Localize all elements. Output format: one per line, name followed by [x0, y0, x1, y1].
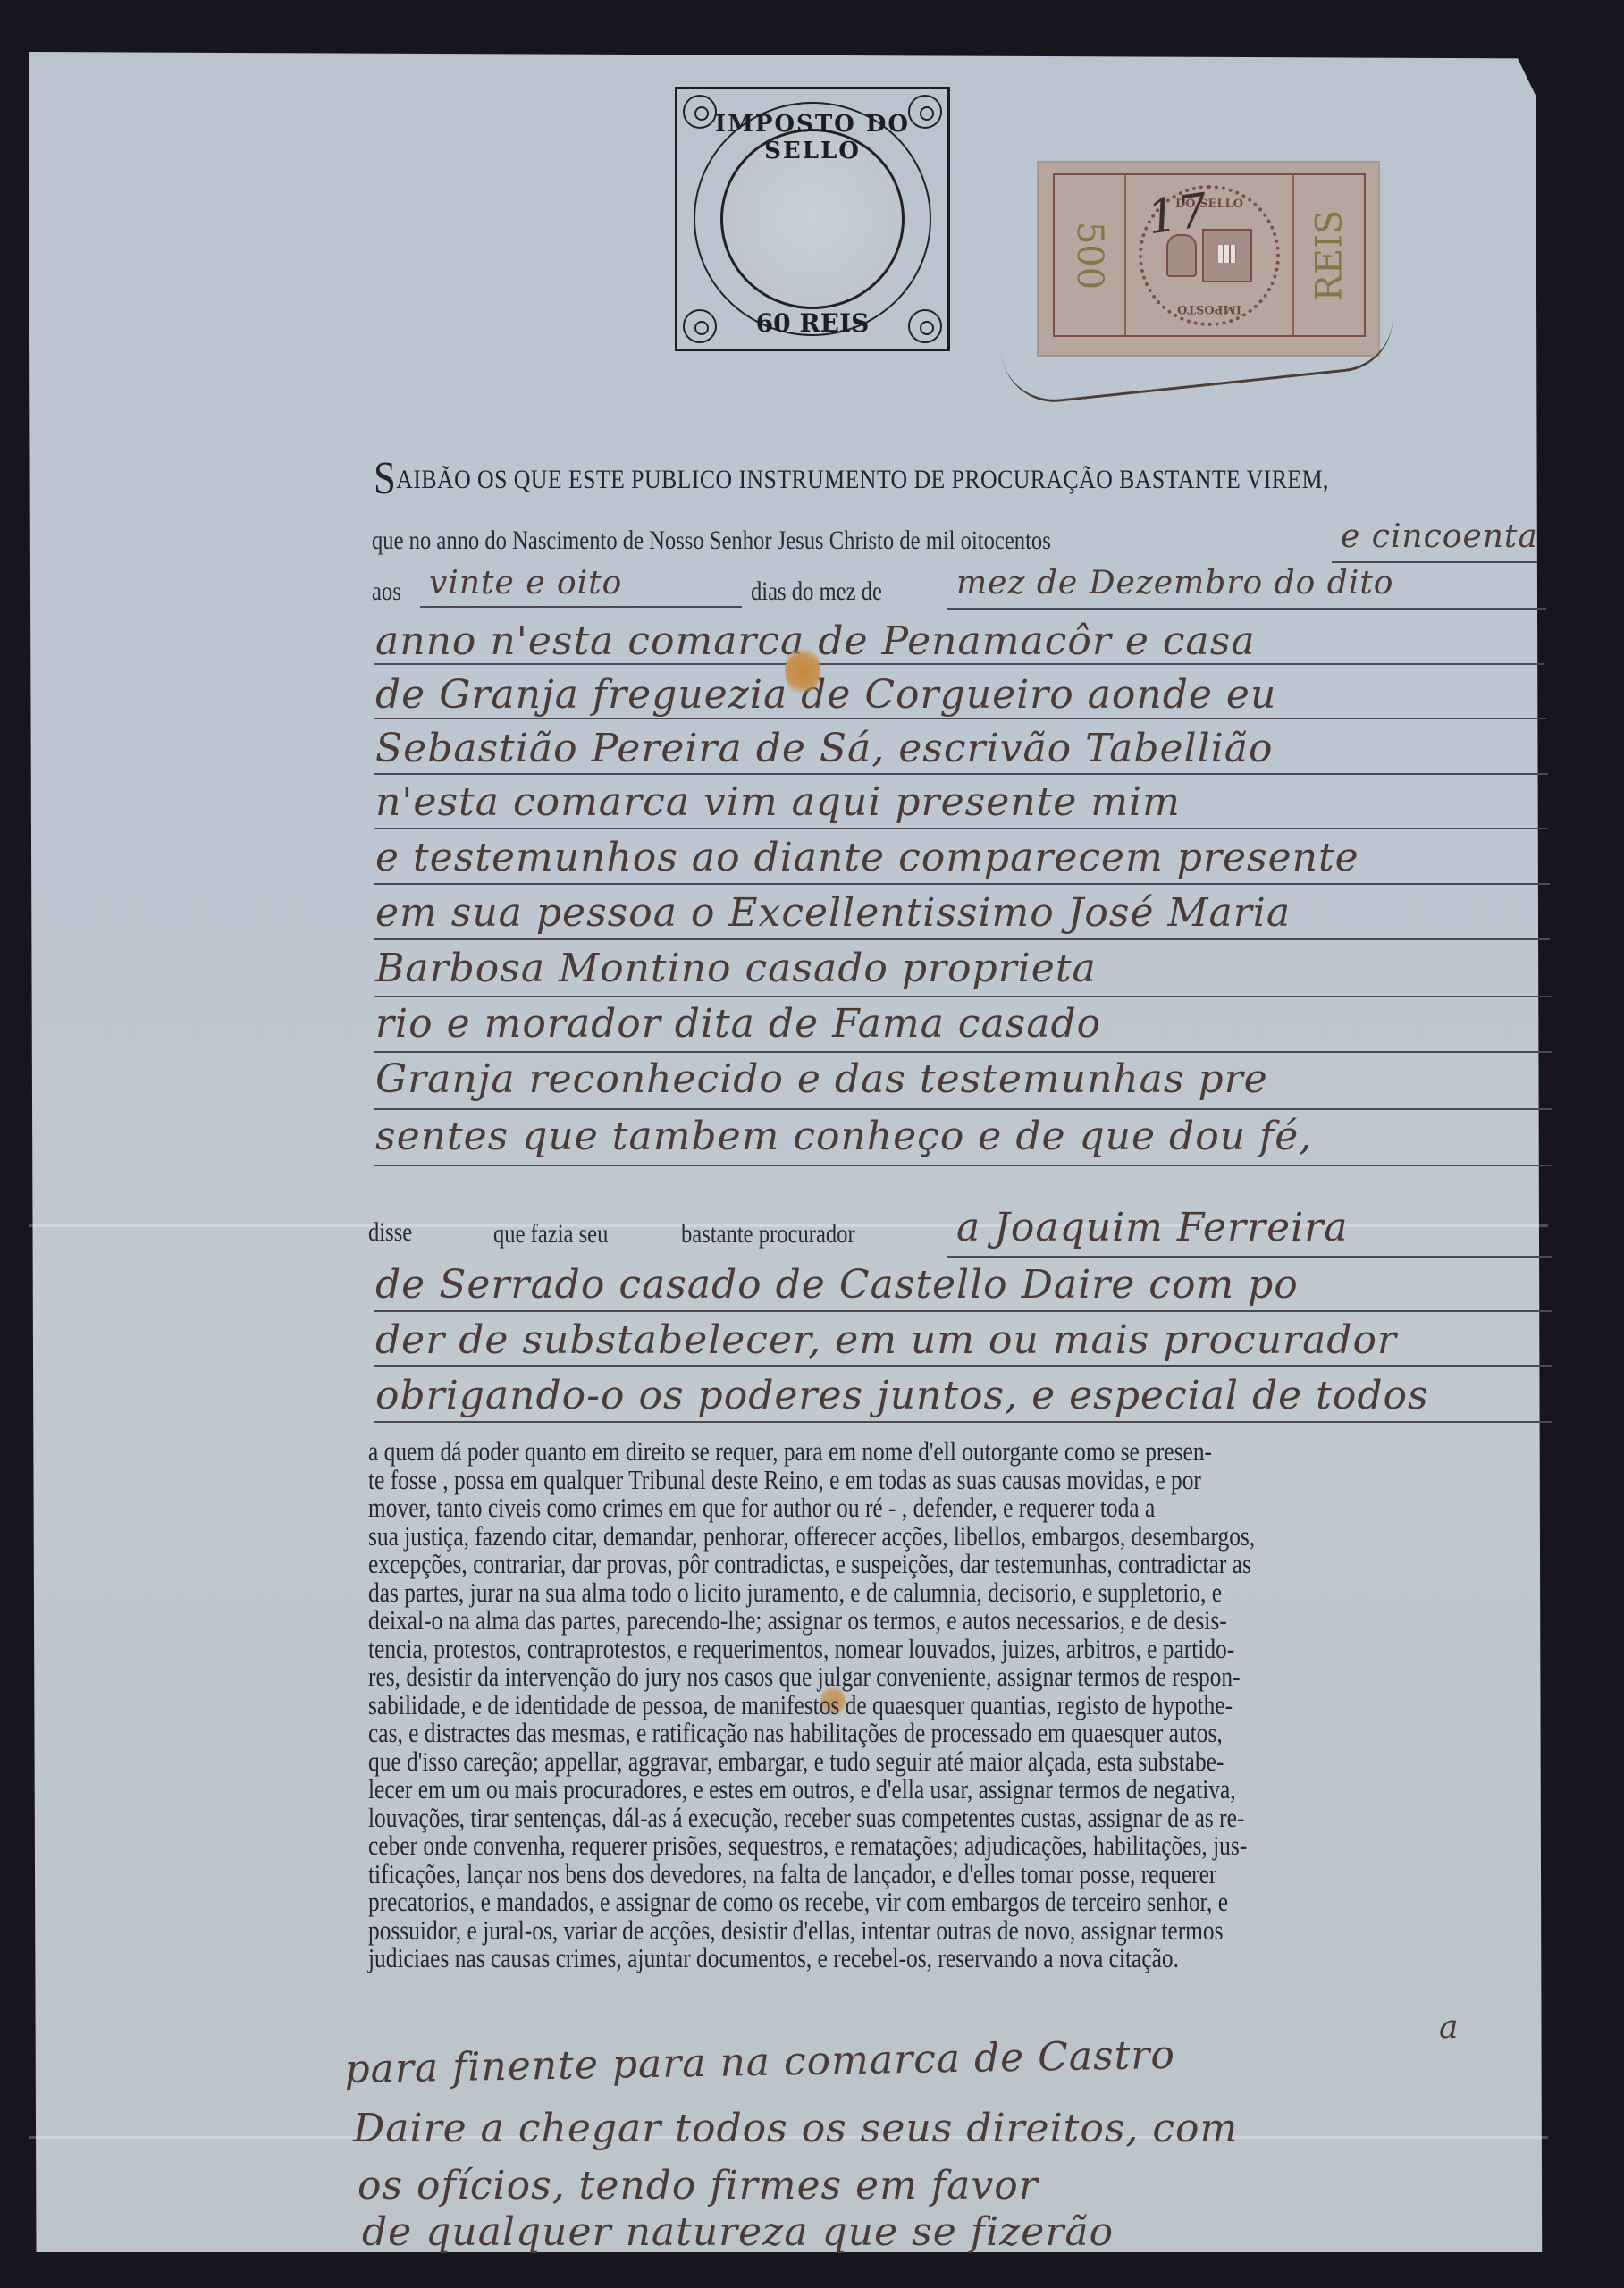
body-line: sabilidade, e de identidade de pessoa, d…: [368, 1691, 1541, 1720]
fill-line: [374, 1421, 1552, 1423]
body-line: judiciaes nas causas crimes, ajuntar doc…: [368, 1944, 1541, 1973]
printed-dias-do-mez: dias do mez de: [751, 576, 882, 607]
handwritten-end-mark: a: [1439, 2009, 1459, 2046]
handwritten-line: Granja reconhecido e das testemunhas pre: [375, 1056, 1268, 1102]
handwritten-line: Sebastião Pereira de Sá, escrivão Tabell…: [375, 726, 1273, 771]
stamp-value-text: 500: [1069, 221, 1110, 289]
handwritten-procurador-line: der de substabelecer, em um ou mais proc…: [375, 1317, 1397, 1363]
printed-bastante-procurador: bastante procurador: [681, 1219, 855, 1249]
body-line: possuidor, e jural-os, variar de acções,…: [368, 1916, 1541, 1945]
printed-aos: aos: [372, 576, 401, 607]
fill-line: [947, 1256, 1552, 1258]
body-line: sua justiça, fazendo citar, demandar, pe…: [368, 1522, 1541, 1551]
handwritten-year: e cincoenta: [1341, 518, 1538, 555]
handwritten-procurador-name: a Joaquim Ferreira: [956, 1205, 1348, 1250]
tax-seal-stamp: IMPOSTO DO SELLO 60 REIS: [675, 87, 950, 351]
heading-initial: S: [374, 453, 396, 504]
body-line: ceber onde convenha, requerer prisões, s…: [368, 1831, 1541, 1860]
fill-line: [374, 996, 1552, 997]
body-line: excepções, contrariar, dar provas, pôr c…: [368, 1550, 1541, 1578]
printed-disse: disse: [368, 1217, 412, 1248]
body-line: lecer em um ou mais procuradores, e este…: [368, 1775, 1541, 1804]
handwritten-line: n'esta comarca vim aqui presente mim: [375, 779, 1181, 825]
fill-line: [374, 1108, 1552, 1110]
fill-line: [374, 828, 1548, 829]
handwritten-closing-line: os ofícios, tendo firmes em favor: [358, 2163, 1039, 2208]
handwritten-line: e testemunhos ao diante comparecem prese…: [375, 835, 1359, 880]
printed-line-year: que no anno do Nascimento de Nosso Senho…: [372, 526, 1051, 556]
fill-line: [374, 1365, 1552, 1367]
printed-que-fazia-seu: que fazia seu: [493, 1219, 608, 1249]
handwritten-line: rio e morador dita de Fama casado: [375, 1001, 1101, 1047]
handwritten-line: de Granja freguezia de Corgueiro aonde e…: [375, 672, 1276, 718]
body-line: tencia, protestos, contraprotestos, e re…: [368, 1635, 1541, 1663]
fill-line: [374, 1051, 1552, 1053]
fill-line: [374, 663, 1544, 665]
fill-line: [374, 1165, 1552, 1166]
heading-text: AIBÃO OS QUE ESTE PUBLICO INSTRUMENTO DE…: [396, 465, 1329, 494]
handwritten-day: vinte e oito: [429, 565, 622, 601]
fill-line: [420, 606, 742, 608]
body-line: cas, e distractes das mesmas, e ratifica…: [368, 1719, 1541, 1747]
fill-line: [947, 608, 1546, 610]
body-line: deixal-o na alma das partes, parecendo-l…: [368, 1606, 1541, 1635]
handwritten-line: sentes que tambem conheço e de que dou f…: [375, 1114, 1312, 1159]
ink-stain: [785, 645, 820, 697]
handwritten-line: em sua pessoa o Excellentissimo José Mar…: [375, 890, 1291, 936]
fill-line: [374, 938, 1550, 940]
body-line: res, desistir da intervenção do jury nos…: [368, 1662, 1541, 1691]
body-line: mover, tanto civeis como crimes em que f…: [368, 1493, 1541, 1522]
handwritten-month: mez de Dezembro do dito: [956, 565, 1393, 601]
printed-body-text: a quem dá poder quanto em direito se req…: [368, 1437, 1541, 1973]
body-line: precatorios, e mandados, e assignar de c…: [368, 1888, 1541, 1916]
tax-stamp-value: 60 REIS: [677, 308, 947, 338]
handwritten-procurador-line: obrigando-o os poderes juntos, e especia…: [375, 1373, 1429, 1418]
handwritten-closing-line: de qualquer natureza que se fizerão: [362, 2209, 1114, 2255]
tax-stamp-title: IMPOSTO DO SELLO: [677, 111, 947, 164]
body-line: te fosse , possa em qualquer Tribunal de…: [368, 1466, 1541, 1494]
body-line: a quem dá poder quanto em direito se req…: [368, 1437, 1541, 1466]
fill-line: [374, 883, 1550, 885]
body-line: que d'isso careção; appellar, aggravar, …: [368, 1747, 1541, 1776]
fill-line: [374, 718, 1546, 719]
handwritten-procurador-line: de Serrado casado de Castello Daire com …: [375, 1262, 1299, 1308]
body-line: tificações, lançar nos bens dos devedore…: [368, 1860, 1541, 1888]
fill-line: [374, 773, 1548, 775]
fill-line: [374, 1310, 1552, 1312]
document-heading: SAIBÃO OS QUE ESTE PUBLICO INSTRUMENTO D…: [374, 452, 1373, 505]
fill-line: [1332, 561, 1537, 563]
handwritten-line: Barbosa Montino casado proprieta: [375, 946, 1097, 991]
handwritten-closing-line: Daire a chegar todos os seus direitos, c…: [353, 2106, 1238, 2151]
body-line: louvações, tirar sentenças, dál-as á exe…: [368, 1804, 1541, 1832]
body-line: das partes, jurar na sua alma todo o lic…: [368, 1578, 1541, 1607]
stamp-cancellation-handwriting: 17: [1144, 184, 1212, 246]
